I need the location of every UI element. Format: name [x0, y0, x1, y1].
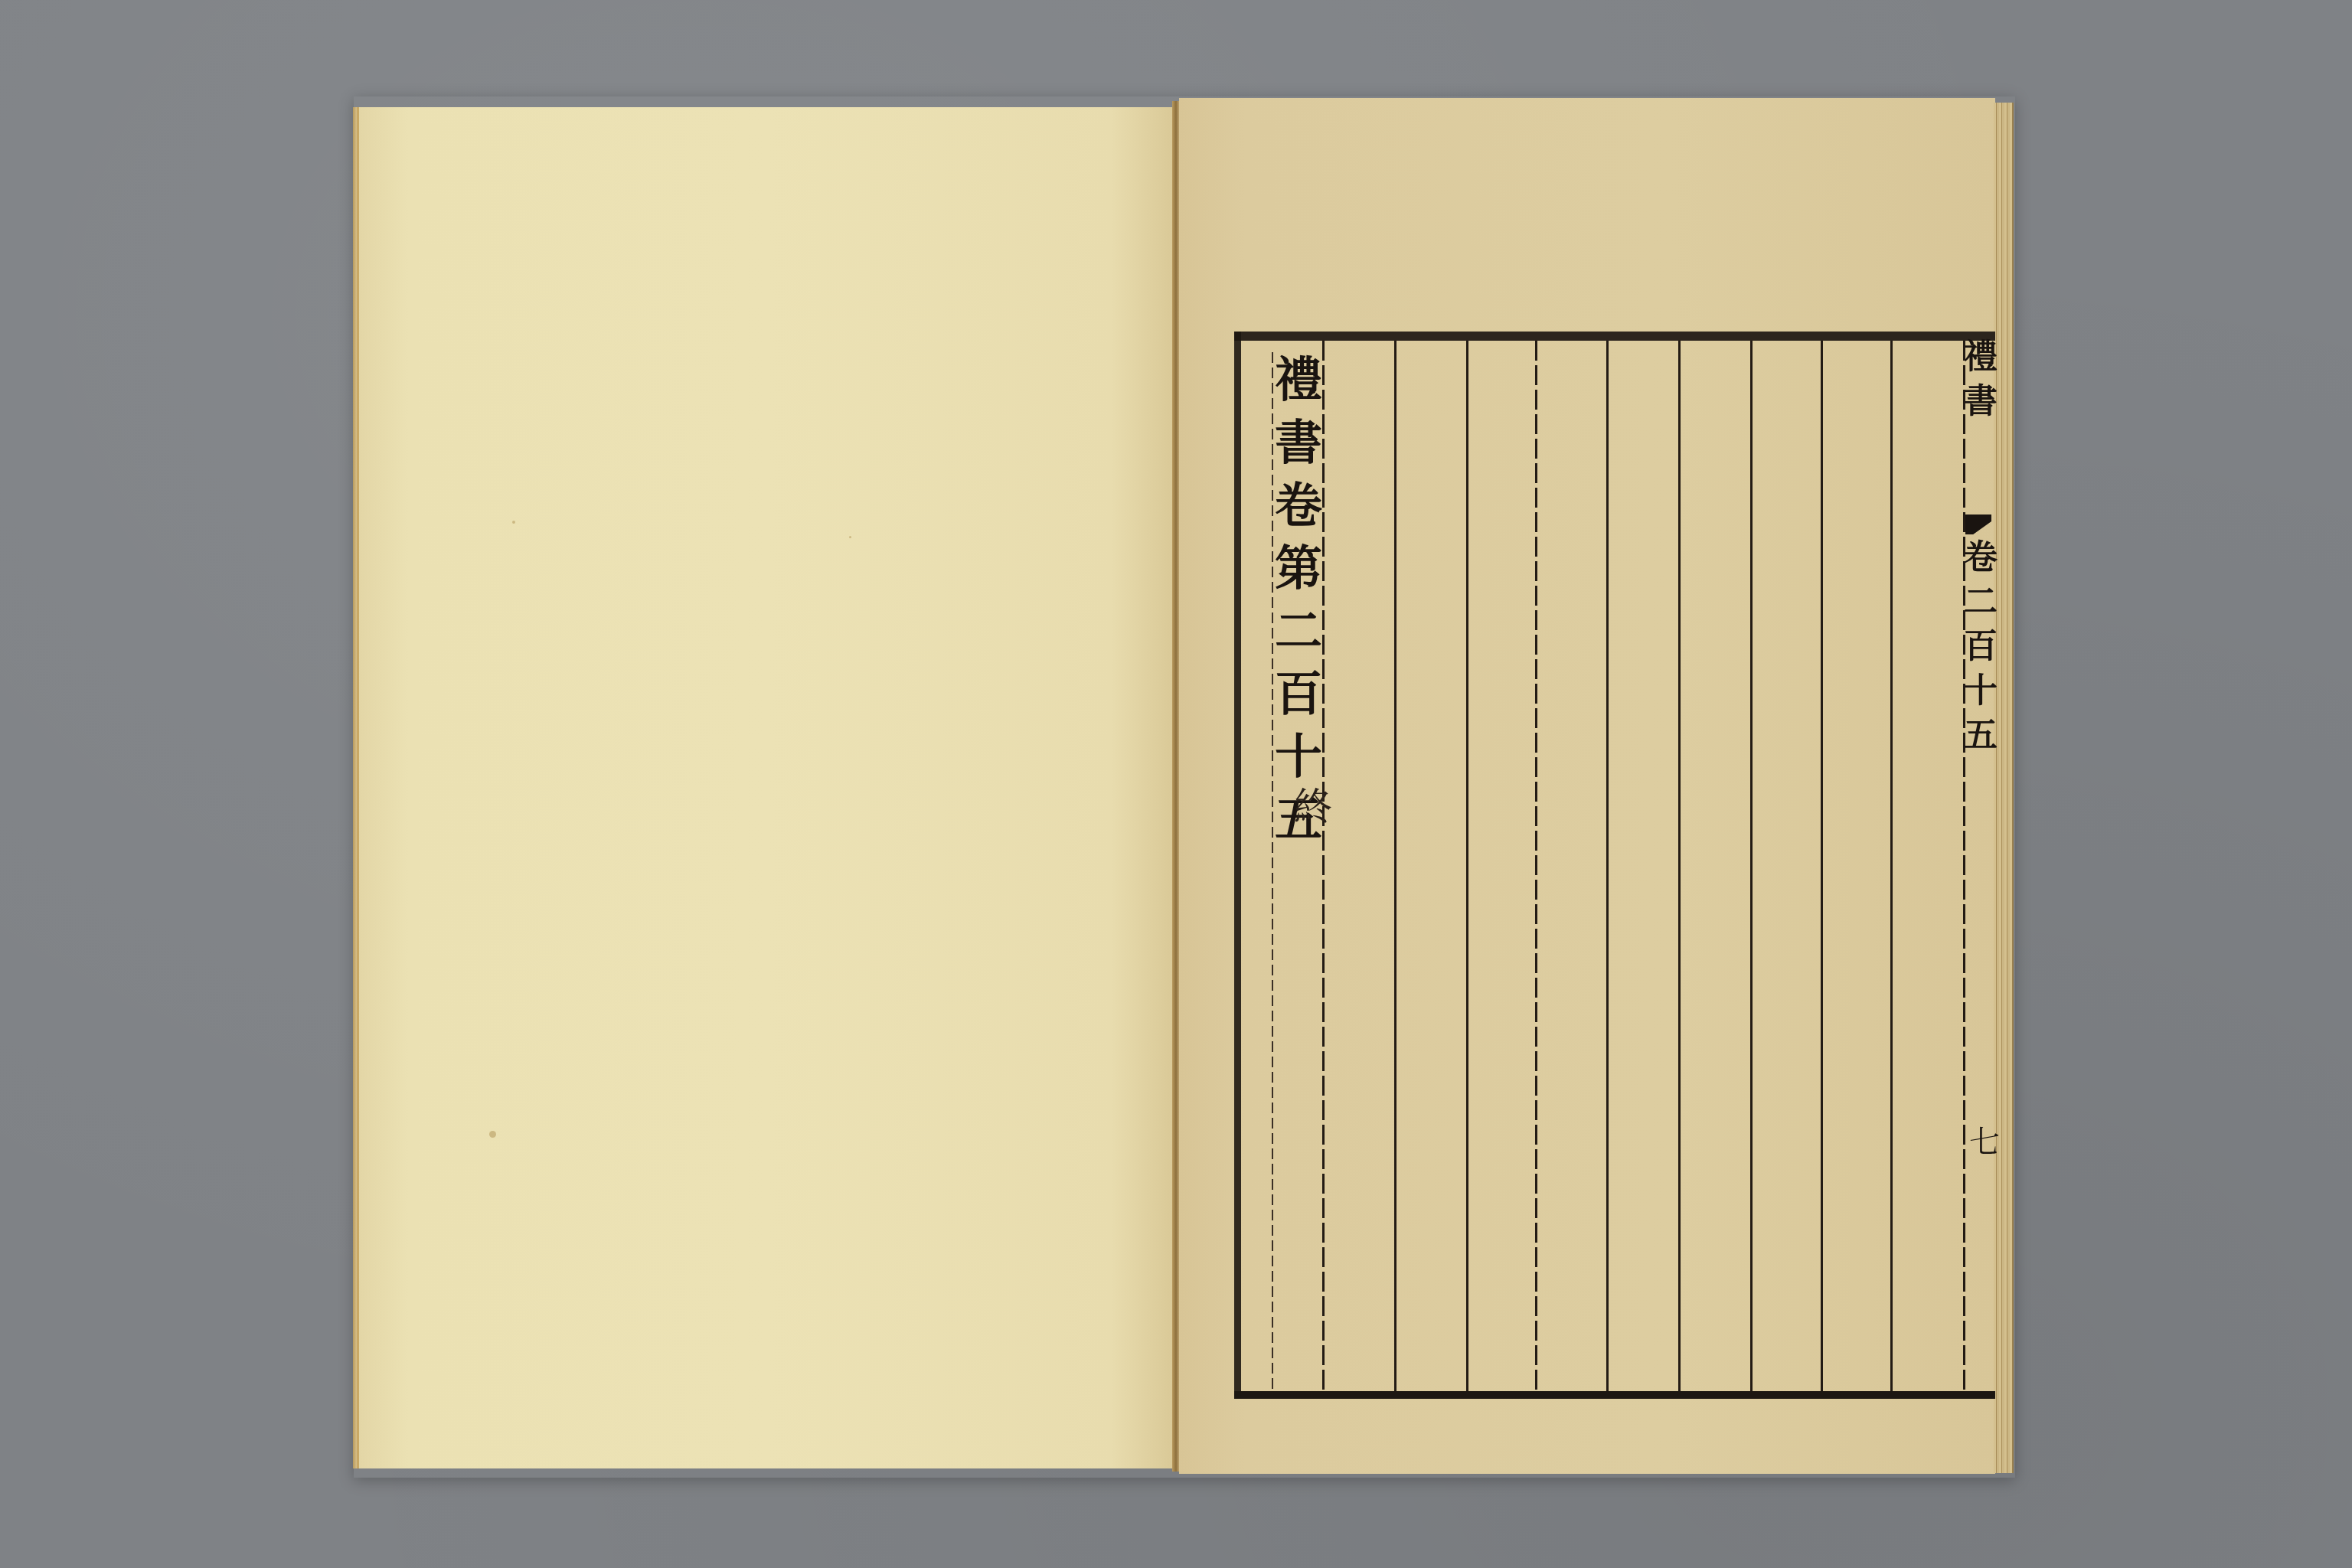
column-line	[1535, 341, 1537, 1391]
open-book: 禮 書 卷 第 二 百 十 五 終 禮 書 卷 二 百 十 五 七	[0, 0, 2352, 1568]
frame-left-border	[1234, 332, 1241, 1399]
edge-char: 書	[1964, 380, 1998, 424]
foxing-spot	[512, 521, 515, 524]
column-line	[1890, 341, 1893, 1391]
title-column-inner-line	[1272, 352, 1273, 1391]
page-edge-stack	[1994, 103, 2014, 1473]
edge-char: 二	[1964, 580, 1998, 625]
edge-char: 百	[1964, 625, 1998, 669]
fore-edge-page-number: 七	[1969, 1118, 2000, 1161]
edge-char: 禮	[1964, 335, 1998, 380]
left-page-edge	[353, 107, 357, 1468]
title-char: 卷	[1275, 475, 1322, 537]
foxing-spot	[489, 1131, 496, 1138]
edge-char: 五	[1964, 714, 1998, 758]
edge-char: 卷	[1964, 536, 1998, 580]
title-char: 第	[1275, 537, 1322, 600]
left-page-blank	[357, 107, 1176, 1468]
column-line	[1678, 341, 1681, 1391]
title-char: 禮	[1275, 349, 1322, 412]
column-line	[1606, 341, 1609, 1391]
fore-edge-title: 禮 書	[1965, 335, 1996, 424]
column-line	[1821, 341, 1823, 1391]
column-line	[1963, 341, 1965, 1391]
column-line	[1466, 341, 1468, 1391]
column-line	[1750, 341, 1753, 1391]
title-char: 書	[1275, 412, 1322, 475]
end-mark: 終	[1294, 776, 1332, 831]
title-char: 百	[1275, 663, 1322, 726]
fore-edge-volume: 卷 二 百 十 五	[1965, 536, 1996, 758]
foxing-spot	[849, 536, 851, 538]
frame-top-border	[1234, 332, 1995, 341]
frame-bottom-border	[1234, 1391, 1995, 1399]
column-line	[1394, 341, 1396, 1391]
title-char: 二	[1275, 600, 1322, 663]
edge-char: 十	[1964, 669, 1998, 714]
